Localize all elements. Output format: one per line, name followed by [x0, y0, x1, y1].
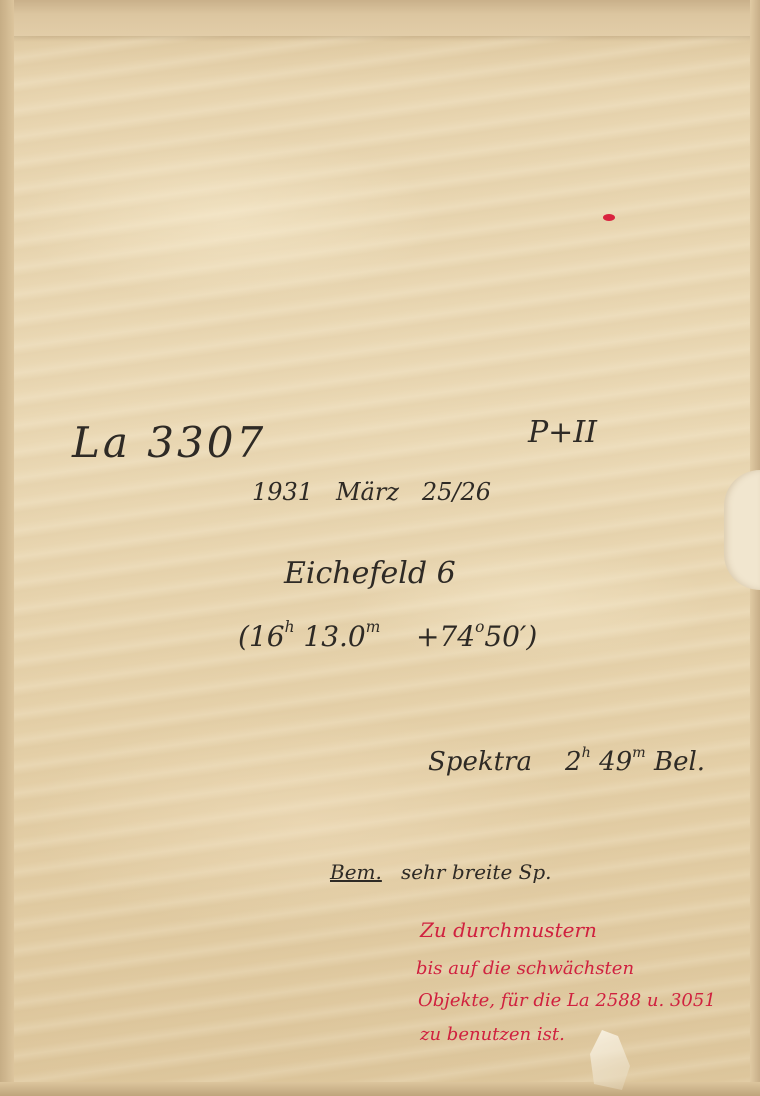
exposure-h-sup: h: [582, 745, 591, 761]
dec-deg-sup: o: [475, 618, 484, 636]
plate-code: P+II: [528, 415, 597, 450]
red-note-line-2: bis auf die schwächsten: [416, 958, 634, 979]
exposure-suffix: Bel.: [654, 747, 705, 777]
date-year: 1931: [252, 478, 313, 506]
field-name: Eichefeld 6: [284, 556, 456, 591]
red-ink-mark: [603, 214, 615, 221]
exposure-minutes: 49: [599, 747, 632, 777]
thumb-cutout: [724, 470, 760, 590]
red-note-line-3: Objekte, für die La 2588 u. 3051: [418, 990, 716, 1011]
field-coordinates: (16h 13.0m +74o50′): [238, 618, 537, 653]
date-nights: 25/26: [422, 478, 491, 506]
envelope-bottom-edge: [0, 1082, 760, 1096]
paren-open: (: [238, 620, 249, 653]
remark-text: sehr breite Sp.: [401, 860, 552, 884]
exposure-label: Spektra: [428, 747, 532, 777]
dec-minutes: 50: [484, 620, 520, 653]
remark-line: Bem. sehr breite Sp.: [330, 860, 552, 884]
exposure-line: Spektra 2h 49m Bel.: [428, 745, 705, 777]
envelope-top-fold: [0, 0, 760, 36]
ra-minutes: 13.0: [303, 620, 365, 653]
ra-m-sup: m: [366, 618, 381, 636]
red-note-line-1: Zu durchmustern: [420, 918, 597, 942]
plate-envelope: [0, 0, 760, 1096]
date-month: März: [336, 478, 399, 506]
remark-label: Bem.: [330, 860, 382, 884]
envelope-left-edge: [0, 0, 14, 1096]
ra-h-sup: h: [285, 618, 295, 636]
plate-number: La 3307: [72, 418, 266, 467]
paren-close: ): [526, 620, 537, 653]
dec-degrees: +74: [416, 620, 475, 653]
observation-date: 1931 März 25/26: [252, 478, 491, 506]
exposure-m-sup: m: [632, 745, 646, 761]
ra-hours: 16: [249, 620, 285, 653]
red-note-line-4: zu benutzen ist.: [420, 1024, 565, 1045]
exposure-hours: 2: [565, 747, 582, 777]
